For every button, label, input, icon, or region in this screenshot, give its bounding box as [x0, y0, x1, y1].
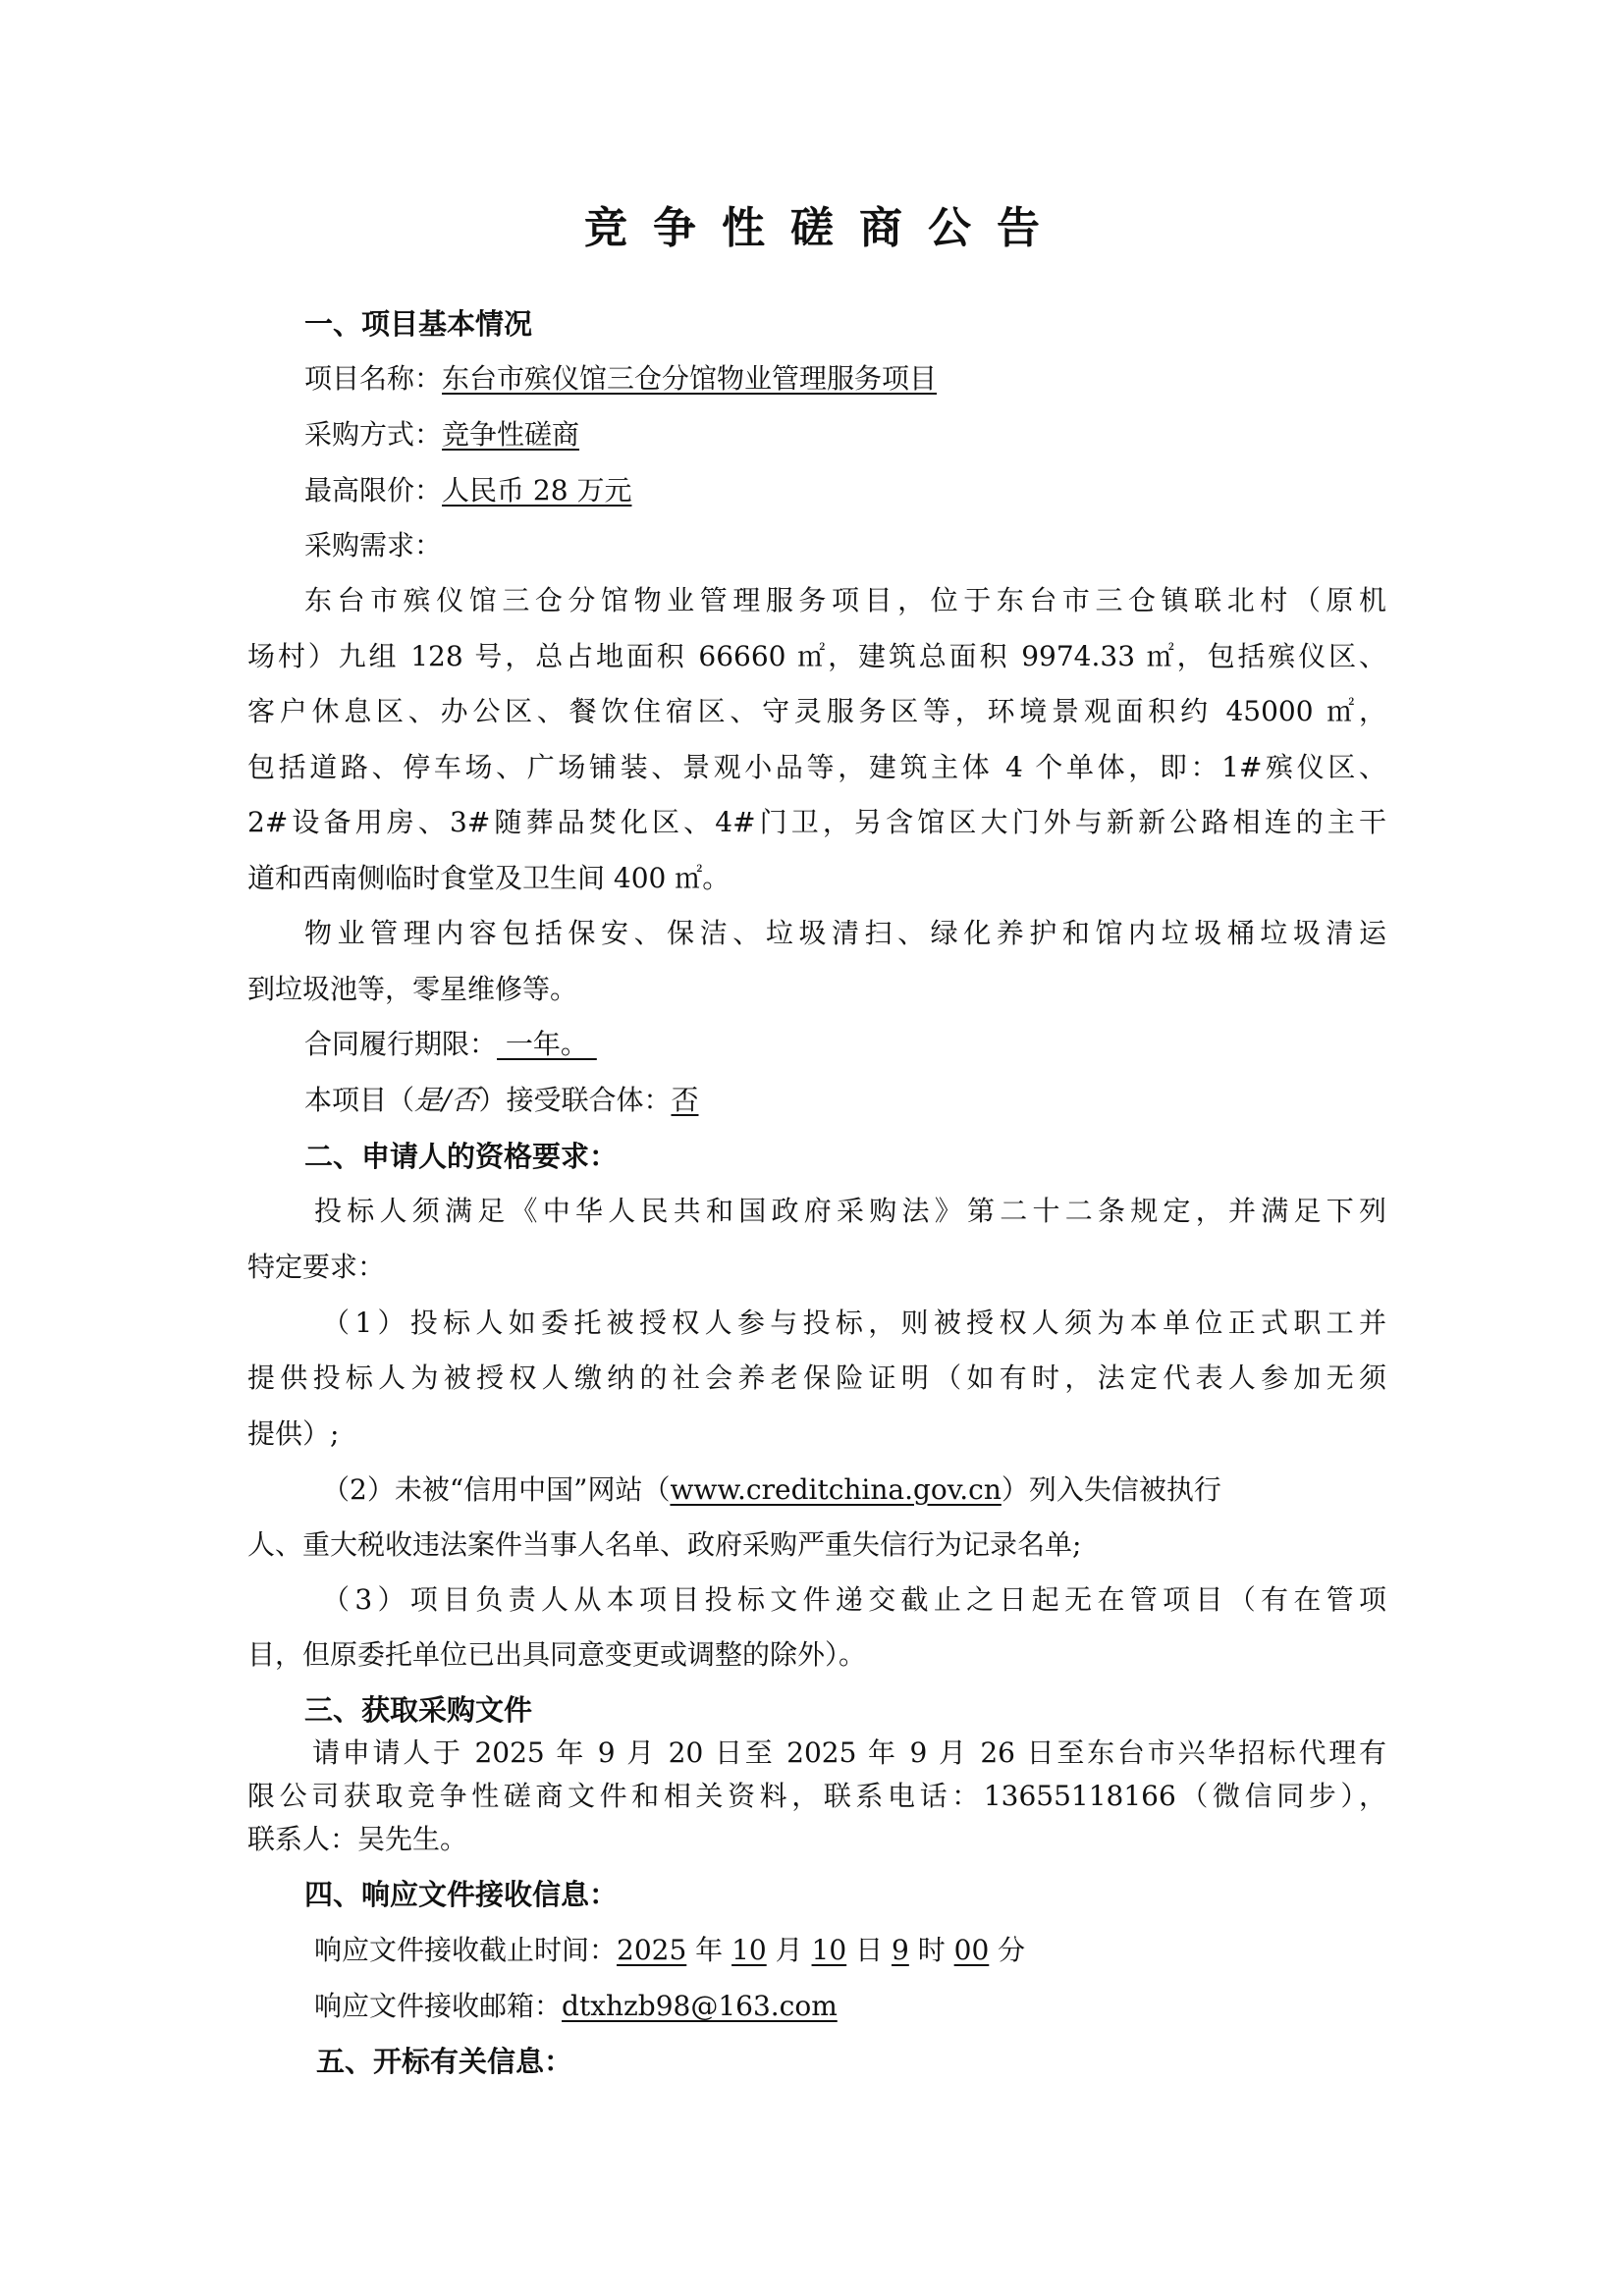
needs-label: 采购需求： — [304, 528, 442, 563]
deadline-minute: 00 — [954, 1934, 990, 1966]
max-price-label: 最高限价： — [304, 474, 442, 507]
req1-line: 提供投标人为被授权人缴纳的社会养老保险证明（如有时，法定代表人参加无须 — [247, 1361, 1386, 1396]
desc-line: 场村）九组 128 号，总占地面积 66660 ㎡，建筑总面积 9974.33 … — [247, 639, 1386, 674]
consortium-value: 否 — [671, 1084, 698, 1116]
consortium-row: 本项目（是/否）接受联合体：否 — [304, 1083, 698, 1118]
consortium-suffix: ）接受联合体： — [478, 1084, 671, 1116]
project-name-label: 项目名称： — [304, 362, 442, 395]
method-label: 采购方式： — [304, 418, 442, 451]
req3-line: 目，但原委托单位已出具同意变更或调整的除外）。 — [247, 1637, 866, 1673]
section-1-heading: 一、项目基本情况 — [304, 306, 532, 342]
deadline-row: 响应文件接收截止时间：2025 年 10 月 10 日 9 时 00 分 — [314, 1933, 1025, 1968]
deadline-label: 响应文件接收截止时间： — [314, 1934, 617, 1966]
section-4-heading: 四、响应文件接收信息： — [304, 1877, 618, 1912]
consortium-prefix: 本项目（ — [304, 1084, 414, 1116]
section-2-heading: 二、申请人的资格要求： — [304, 1139, 618, 1174]
desc-line: 2#设备用房、3#随葬品焚化区、4#门卫，另含馆区大门外与新新公路相连的主干 — [247, 805, 1386, 840]
term-value: 一年。 — [497, 1028, 597, 1060]
method-value: 竞争性磋商 — [442, 418, 579, 451]
term-label: 合同履行期限： — [304, 1028, 497, 1060]
year-unit: 年 — [686, 1934, 731, 1966]
req2-line: （2）未被“信用中国”网站（www.creditchina.gov.cn）列入失… — [247, 1472, 1221, 1508]
req1-line: （1）投标人如委托被授权人参与投标，则被授权人须为本单位正式职工并 — [247, 1306, 1386, 1341]
email-label: 响应文件接收邮箱： — [314, 1990, 562, 2022]
section-3-line: 联系人：吴先生。 — [247, 1822, 467, 1857]
section-3-line: 请申请人于 2025 年 9 月 20 日至 2025 年 9 月 26 日至东… — [247, 1735, 1386, 1771]
desc-line: 东台市殡仪馆三仓分馆物业管理服务项目，位于东台市三仓镇联北村（原机 — [247, 583, 1386, 618]
deadline-month: 10 — [731, 1934, 767, 1966]
scope-line: 物业管理内容包括保安、保洁、垃圾清扫、绿化养护和馆内垃圾桶垃圾清运 — [247, 916, 1386, 951]
max-price-value: 人民币 28 万元 — [442, 474, 631, 507]
desc-line: 客户休息区、办公区、餐饮住宿区、守灵服务区等，环境景观面积约 45000 ㎡， — [247, 694, 1386, 729]
email-link[interactable]: dtxhzb98@163.com — [562, 1990, 838, 2022]
desc-line: 包括道路、停车场、广场铺装、景观小品等，建筑主体 4 个单体，即：1#殡仪区、 — [247, 750, 1386, 785]
req2-suffix: ）列入失信被执行 — [1001, 1473, 1221, 1506]
intro-line: 投标人须满足《中华人民共和国政府采购法》第二十二条规定，并满足下列 — [247, 1194, 1386, 1229]
deadline-year: 2025 — [617, 1934, 686, 1966]
project-name-row: 项目名称：东台市殡仪馆三仓分馆物业管理服务项目 — [304, 361, 937, 397]
day-unit: 日 — [846, 1934, 892, 1966]
deadline-day: 10 — [812, 1934, 847, 1966]
creditchina-link[interactable]: www.creditchina.gov.cn — [670, 1473, 1001, 1506]
desc-line: 道和西南侧临时食堂及卫生间 400 ㎡。 — [247, 861, 730, 896]
scope-line: 到垃圾池等，零星维修等。 — [247, 972, 577, 1007]
project-name-value: 东台市殡仪馆三仓分馆物业管理服务项目 — [442, 362, 937, 395]
intro-line: 特定要求： — [247, 1250, 385, 1285]
req2-prefix: （2）未被“信用中国”网站（ — [322, 1473, 670, 1506]
minute-unit: 分 — [989, 1934, 1025, 1966]
hour-unit: 时 — [909, 1934, 954, 1966]
section-5-heading: 五、开标有关信息： — [316, 2044, 572, 2079]
max-price-row: 最高限价：人民币 28 万元 — [304, 473, 631, 508]
term-row: 合同履行期限： 一年。 — [304, 1027, 597, 1062]
req2-line: 人、重大税收违法案件当事人名单、政府采购严重失信行为记录名单; — [247, 1527, 1081, 1563]
section-3-heading: 三、获取采购文件 — [304, 1692, 532, 1728]
page-title: 竞争性磋商公告 — [0, 192, 1624, 255]
email-row: 响应文件接收邮箱：dtxhzb98@163.com — [314, 1989, 838, 2024]
req1-line: 提供）; — [247, 1416, 339, 1452]
section-3-line: 限公司获取竞争性磋商文件和相关资料，联系电话：13655118166（微信同步）… — [247, 1779, 1386, 1814]
deadline-hour: 9 — [892, 1934, 909, 1966]
method-row: 采购方式：竞争性磋商 — [304, 417, 579, 453]
month-unit: 月 — [767, 1934, 812, 1966]
req3-line: （3）项目负责人从本项目投标文件递交截止之日起无在管项目（有在管项 — [247, 1582, 1386, 1618]
consortium-option: 是/否 — [414, 1084, 478, 1116]
